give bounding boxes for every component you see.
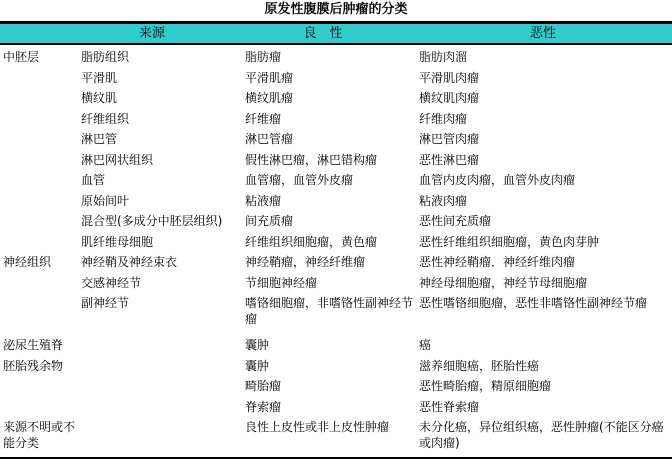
malignant-cell: 淋巴管肉瘤 — [419, 129, 669, 150]
source-cell: 混合型(多成分中胚层组织) — [81, 211, 245, 232]
source-cell: 原始间叶 — [81, 191, 245, 212]
group-cell: 胚胎残余物 — [0, 356, 81, 377]
source-cell: 交感神经节 — [81, 273, 245, 294]
malignant-cell: 恶性淋巴瘤 — [419, 150, 669, 171]
malignant-cell: 癌 — [419, 335, 669, 356]
benign-cell: 血管瘤，血管外皮瘤 — [245, 170, 419, 191]
benign-cell: 淋巴管瘤 — [245, 129, 419, 150]
source-cell — [75, 419, 245, 451]
group-cell: 神经组织 — [0, 252, 81, 273]
malignant-cell: 纤维肉瘤 — [419, 109, 669, 130]
benign-cell: 畸胎瘤 — [245, 376, 419, 397]
table-header: 来源 良 性 恶性 — [0, 24, 672, 45]
source-cell: 横纹肌 — [81, 88, 245, 109]
table-row: 交感神经节 节细胞神经瘤 神经母细胞瘤，神经节母细胞瘤 — [0, 273, 672, 294]
table-row: 神经组织 神经鞘及神经束衣 神经鞘瘤，神经纤维瘤 恶性神经鞘瘤．神经纤维肉瘤 — [0, 252, 672, 273]
source-cell: 淋巴管 — [81, 129, 245, 150]
malignant-cell: 滋养细胞癌，胚胎性癌 — [419, 356, 669, 377]
table-row: 淋巴管 淋巴管瘤 淋巴管肉瘤 — [0, 129, 672, 150]
benign-cell: 纤维瘤 — [245, 109, 419, 130]
group-cell — [0, 88, 81, 109]
source-cell: 平滑肌 — [81, 68, 245, 89]
benign-cell: 囊肿 — [245, 335, 419, 356]
group-cell — [0, 211, 81, 232]
malignant-cell: 恶性嗜铬细胞瘤，恶性非嗜铬性副神经节瘤 — [419, 295, 669, 327]
benign-cell: 神经鞘瘤，神经纤维瘤 — [245, 252, 419, 273]
source-cell: 肌纤维母细胞 — [81, 232, 245, 253]
benign-cell: 平滑肌瘤 — [245, 68, 419, 89]
table-row: 平滑肌 平滑肌瘤 平滑肌肉瘤 — [0, 68, 672, 89]
table-row: 混合型(多成分中胚层组织) 间充质瘤 恶性间充质瘤 — [0, 211, 672, 232]
benign-cell: 囊肿 — [245, 356, 419, 377]
group-cell — [0, 191, 81, 212]
group-cell — [0, 129, 81, 150]
source-cell: 淋巴网状组织 — [81, 150, 245, 171]
benign-cell: 假性淋巴瘤，淋巴错构瘤 — [245, 150, 419, 171]
benign-cell: 脂肪瘤 — [245, 47, 419, 68]
benign-cell: 纤维组织细胞瘤，黄色瘤 — [245, 232, 419, 253]
source-cell — [81, 397, 245, 418]
table-row: 原始间叶 粘液瘤 粘液肉瘤 — [0, 191, 672, 212]
benign-cell: 嗜铬细胞瘤，非嗜铬性副神经节瘤 — [245, 295, 419, 327]
group-cell — [0, 150, 81, 171]
benign-cell: 脊索瘤 — [245, 397, 419, 418]
malignant-cell: 恶性脊索瘤 — [419, 397, 669, 418]
group-cell — [0, 109, 81, 130]
malignant-cell: 恶性间充质瘤 — [419, 211, 669, 232]
benign-cell: 间充质瘤 — [245, 211, 419, 232]
malignant-cell: 血管内皮肉瘤，血管外皮肉瘤 — [419, 170, 669, 191]
table-row: 血管 血管瘤，血管外皮瘤 血管内皮肉瘤，血管外皮肉瘤 — [0, 170, 672, 191]
table-row: 纤维组织 纤维瘤 纤维肉瘤 — [0, 109, 672, 130]
source-cell — [81, 376, 245, 397]
benign-cell: 节细胞神经瘤 — [245, 273, 419, 294]
source-cell: 血管 — [81, 170, 245, 191]
table-row: 副神经节 嗜铬细胞瘤，非嗜铬性副神经节瘤 恶性嗜铬细胞瘤，恶性非嗜铬性副神经节瘤 — [0, 293, 672, 329]
malignant-cell: 脂肪肉溜 — [419, 47, 669, 68]
malignant-cell: 粘液肉瘤 — [419, 191, 669, 212]
source-cell: 副神经节 — [81, 295, 245, 327]
group-cell: 来源不明或不能分类 — [0, 419, 75, 451]
malignant-cell: 恶性纤维组织细胞瘤，黄色肉芽肿 — [419, 232, 669, 253]
header-source: 来源 — [72, 24, 232, 43]
malignant-cell: 恶性神经鞘瘤．神经纤维肉瘤 — [419, 252, 669, 273]
table-row: 脊索瘤 恶性脊索瘤 — [0, 397, 672, 418]
table-row: 中胚层 脂肪组织 脂肪瘤 脂肪肉溜 — [0, 47, 672, 68]
group-cell — [0, 232, 81, 253]
table-row: 横纹肌 横纹肌瘤 横纹肌肉瘤 — [0, 88, 672, 109]
malignant-cell: 未分化癌，异位组织癌，恶性肿瘤(不能区分癌或肉瘤) — [419, 419, 669, 451]
group-cell: 泌尿生殖脊 — [0, 335, 81, 356]
table-title: 原发性腹膜后肿瘤的分类 — [0, 2, 672, 18]
malignant-cell: 横纹肌肉瘤 — [419, 88, 669, 109]
benign-cell: 横纹肌瘤 — [245, 88, 419, 109]
group-cell: 中胚层 — [0, 47, 81, 68]
group-cell — [0, 295, 81, 327]
group-cell — [0, 376, 81, 397]
benign-cell: 良性上皮性或非上皮性肿瘤 — [245, 419, 419, 451]
malignant-cell: 平滑肌肉瘤 — [419, 68, 669, 89]
malignant-cell: 恶性畸胎瘤，精原细胞瘤 — [419, 376, 669, 397]
header-benign: 良 性 — [238, 24, 408, 43]
source-cell — [81, 356, 245, 377]
table-row: 胚胎残余物 囊肿 滋养细胞癌，胚胎性癌 — [0, 356, 672, 377]
header-malignant: 恶性 — [414, 24, 672, 43]
table-body: 中胚层 脂肪组织 脂肪瘤 脂肪肉溜 平滑肌 平滑肌瘤 平滑肌肉瘤 横纹肌 横纹肌… — [0, 45, 672, 457]
group-cell — [0, 68, 81, 89]
classification-table: 来源 良 性 恶性 中胚层 脂肪组织 脂肪瘤 脂肪肉溜 平滑肌 平滑肌瘤 平滑肌… — [0, 21, 672, 459]
source-cell: 神经鞘及神经束衣 — [81, 252, 245, 273]
table-row: 泌尿生殖脊 囊肿 癌 — [0, 335, 672, 356]
table-row: 来源不明或不能分类 良性上皮性或非上皮性肿瘤 未分化癌，异位组织癌，恶性肿瘤(不… — [0, 417, 672, 453]
source-cell: 脂肪组织 — [81, 47, 245, 68]
source-cell — [81, 335, 245, 356]
group-cell — [0, 170, 81, 191]
benign-cell: 粘液瘤 — [245, 191, 419, 212]
group-cell — [0, 273, 81, 294]
table-row: 肌纤维母细胞 纤维组织细胞瘤，黄色瘤 恶性纤维组织细胞瘤，黄色肉芽肿 — [0, 232, 672, 253]
table-row: 淋巴网状组织 假性淋巴瘤，淋巴错构瘤 恶性淋巴瘤 — [0, 150, 672, 171]
source-cell: 纤维组织 — [81, 109, 245, 130]
group-cell — [0, 397, 81, 418]
malignant-cell: 神经母细胞瘤，神经节母细胞瘤 — [419, 273, 669, 294]
table-row: 畸胎瘤 恶性畸胎瘤，精原细胞瘤 — [0, 376, 672, 397]
